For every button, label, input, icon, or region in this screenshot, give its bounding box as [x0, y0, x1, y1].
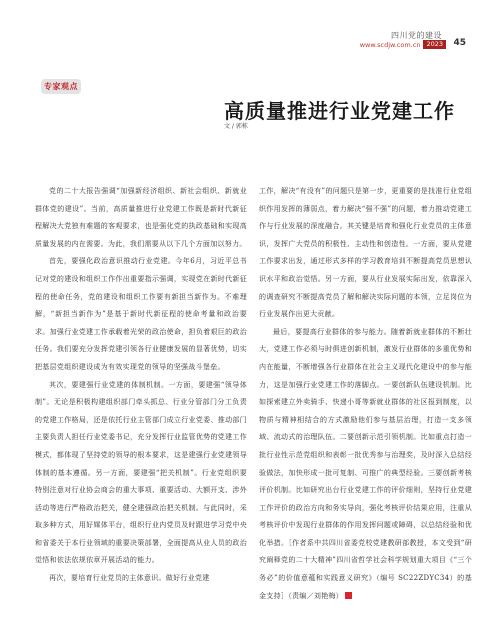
website-link[interactable]: www.scdjw.com.cn [360, 41, 421, 49]
paragraph: 党的二十大报告强调“加强新经济组织、新社会组织、新就业群体党的建设”。当前，高质… [35, 183, 247, 253]
page-number: 45 [453, 38, 466, 48]
year-badge: 2023 [423, 40, 446, 49]
magazine-info: www.scdjw.com.cn 2023 [360, 40, 446, 49]
article-title: 高质量推进行业党建工作 [224, 95, 455, 124]
article-author: 文 / 郭栋 [224, 121, 248, 130]
paragraph-text: 最后，要提高行业群体的参与能力。随着新就业群体的不断壮大，党建工作必须与时俱进创… [259, 328, 472, 600]
article-column-left: 党的二十大报告强调“加强新经济组织、新社会组织、新就业群体党的建设”。当前，高质… [35, 183, 247, 588]
end-mark-icon [345, 592, 352, 599]
section-tag: 专家观点 [41, 79, 81, 94]
paragraph: 工作，解决“有没有”的问题只是第一步，更重要的是找准行业党组织作用发挥的薄弱点，… [259, 183, 472, 324]
article-column-right: 工作，解决“有没有”的问题只是第一步，更重要的是找准行业党组织作用发挥的薄弱点，… [259, 183, 472, 605]
paragraph: 首先，要强化政治意识推动行业党建。今年6月，习近平总书记对党的建设和组织工作作出… [35, 253, 247, 376]
paragraph: 再次，要培育行业党员的主体意识。做好行业党建 [35, 570, 247, 588]
page-header: 四川党的建设 www.scdjw.com.cn 2023 45 [0, 0, 496, 56]
paragraph: 其次，要建强行业党建的体制机制。一方面，要建强“领导体制”。无论是积极构建组织部… [35, 377, 247, 571]
paragraph-final: 最后，要提高行业群体的参与能力。随着新就业群体的不断壮大，党建工作必须与时俱进创… [259, 324, 472, 606]
